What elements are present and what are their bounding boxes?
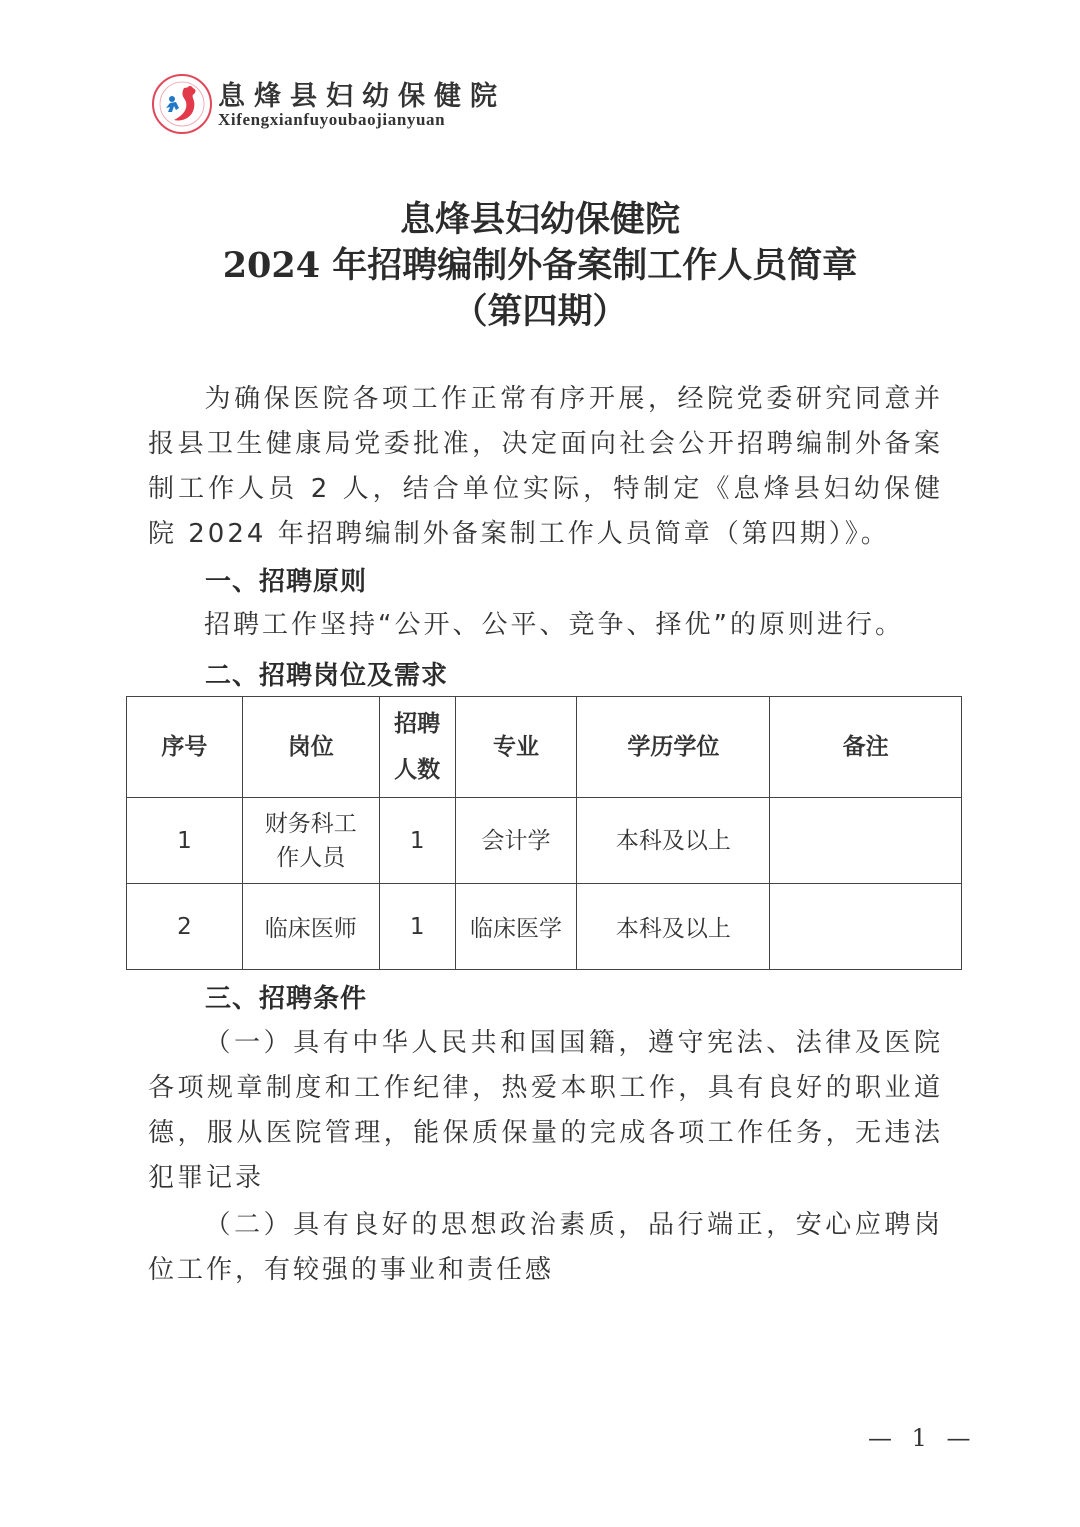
org-name-pinyin: Xifengxianfuyoubaojianyuan [218,110,445,130]
header-count-line1: 招聘 [380,701,455,747]
table-row: 1 财务科工作人员 1 会计学 本科及以上 [127,798,962,884]
cell-position-line2: 作人员 [243,841,379,875]
header-count: 招聘人数 [379,697,455,798]
header-serial: 序号 [127,697,243,798]
intro-text: 为确保医院各项工作正常有序开展，经院党委研究同意并报县卫生健康局党委批准，决定面… [148,384,943,549]
document-title-line2: 2024 年招聘编制外备案制工作人员简章 [0,238,1080,288]
condition-item-1: （一）具有中华人民共和国国籍，遵守宪法、法律及医院各项规章制度和工作纪律，热爱本… [148,1021,943,1201]
condition-item-2-text: （二）具有良好的思想政治素质，品行端正，安心应聘岗位工作，有较强的事业和责任感 [148,1210,943,1285]
section-heading-positions: 二、招聘岗位及需求 [205,655,448,692]
page-number: — 1 — [868,1424,977,1452]
cell-major: 临床医学 [455,884,577,970]
intro-paragraph: 为确保医院各项工作正常有序开展，经院党委研究同意并报县卫生健康局党委批准，决定面… [148,377,943,557]
principles-text: 招聘工作坚持“公开、公平、竞争、择优”的原则进行。 [204,610,904,640]
cell-note [770,884,962,970]
letterhead: 息烽县妇幼保健院 Xifengxianfuyoubaojianyuan [150,72,550,136]
header-count-line2: 人数 [380,747,455,793]
condition-item-1-text: （一）具有中华人民共和国国籍，遵守宪法、法律及医院各项规章制度和工作纪律，热爱本… [148,1028,943,1193]
document-title-line3: （第四期） [0,284,1080,334]
document-title-line1: 息烽县妇幼保健院 [0,192,1080,242]
cell-position-line1: 财务科工 [243,807,379,841]
table-row: 2 临床医师 1 临床医学 本科及以上 [127,884,962,970]
header-position: 岗位 [242,697,379,798]
cell-note [770,798,962,884]
cell-serial: 1 [127,798,243,884]
principles-paragraph: 招聘工作坚持“公开、公平、竞争、择优”的原则进行。 [148,603,943,648]
header-degree: 学历学位 [577,697,770,798]
cell-position: 临床医师 [242,884,379,970]
cell-serial: 2 [127,884,243,970]
cell-count: 1 [379,884,455,970]
cell-major: 会计学 [455,798,577,884]
header-major: 专业 [455,697,577,798]
table-header-row: 序号 岗位 招聘人数 专业 学历学位 备注 [127,697,962,798]
org-name-chinese: 息烽县妇幼保健院 [218,74,506,113]
condition-item-2: （二）具有良好的思想政治素质，品行端正，安心应聘岗位工作，有较强的事业和责任感 [148,1203,943,1293]
section-heading-conditions: 三、招聘条件 [205,978,367,1015]
cell-position: 财务科工作人员 [242,798,379,884]
header-note: 备注 [770,697,962,798]
cell-count: 1 [379,798,455,884]
positions-table: 序号 岗位 招聘人数 专业 学历学位 备注 1 财务科工作人员 1 会计学 本科… [126,696,962,970]
hospital-logo-icon [150,72,214,136]
cell-degree: 本科及以上 [577,798,770,884]
cell-degree: 本科及以上 [577,884,770,970]
section-heading-principles: 一、招聘原则 [205,561,367,598]
